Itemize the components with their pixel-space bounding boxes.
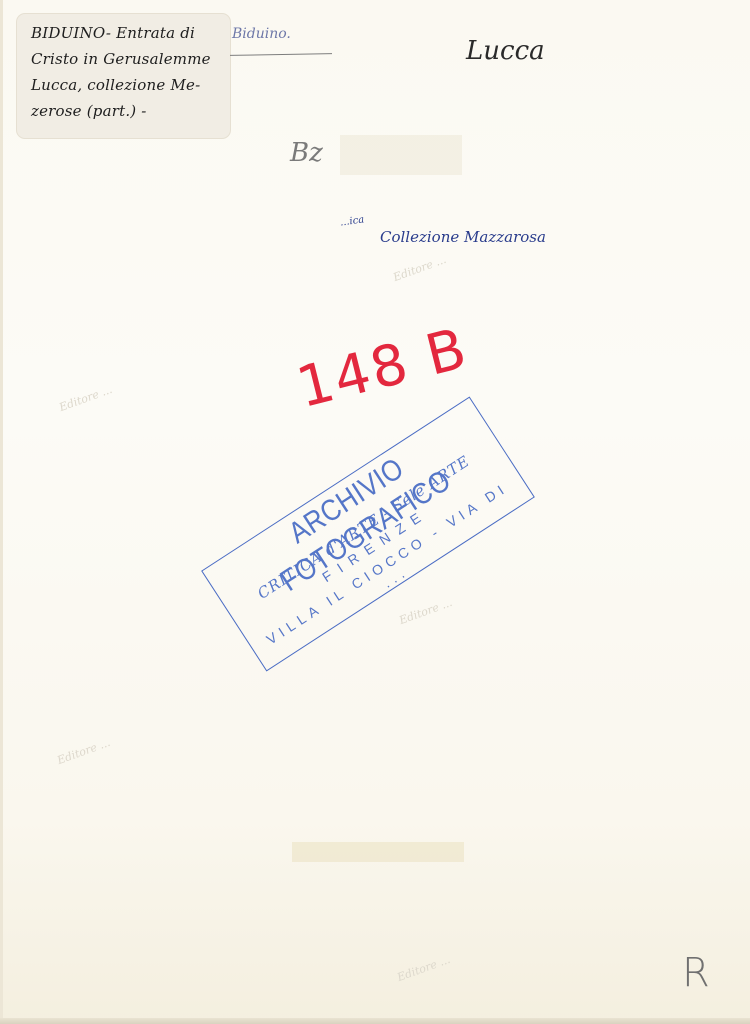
collection-prefix: ...ica bbox=[339, 214, 365, 228]
city-note: Lucca bbox=[466, 36, 545, 66]
caption-line: zerose (part.) - bbox=[31, 102, 147, 120]
card-bottom-edge bbox=[0, 1018, 750, 1024]
inventory-number: 148 B bbox=[291, 316, 475, 421]
faint-residue bbox=[340, 135, 462, 175]
corner-mark: R bbox=[682, 950, 710, 996]
watermark: Editore ... bbox=[55, 736, 111, 767]
watermark: Editore ... bbox=[391, 253, 447, 284]
artist-pencil-note: Biduino. bbox=[232, 26, 291, 42]
initials-note: Bz bbox=[290, 138, 323, 168]
watermark: Editore ... bbox=[395, 953, 451, 984]
collection-note: Collezione Mazzarosa bbox=[380, 228, 546, 246]
caption-line: Cristo in Gerusalemme bbox=[31, 50, 211, 68]
archive-stamp: ARCHIVIO FOTOGRAFICO CRITICA d'ARTE - Se… bbox=[201, 397, 535, 672]
faint-residue bbox=[292, 842, 464, 862]
caption-line: Lucca, collezione Me- bbox=[31, 76, 200, 94]
pencil-underline bbox=[230, 53, 332, 56]
caption-line: BIDUINO- Entrata di bbox=[31, 24, 195, 42]
watermark: Editore ... bbox=[397, 596, 453, 627]
card-left-edge bbox=[0, 0, 3, 1024]
photo-card-back: Editore ... Editore ... Editore ... Edit… bbox=[0, 0, 750, 1024]
caption-label: BIDUINO- Entrata di Cristo in Gerusalemm… bbox=[17, 14, 230, 138]
watermark: Editore ... bbox=[57, 383, 113, 414]
